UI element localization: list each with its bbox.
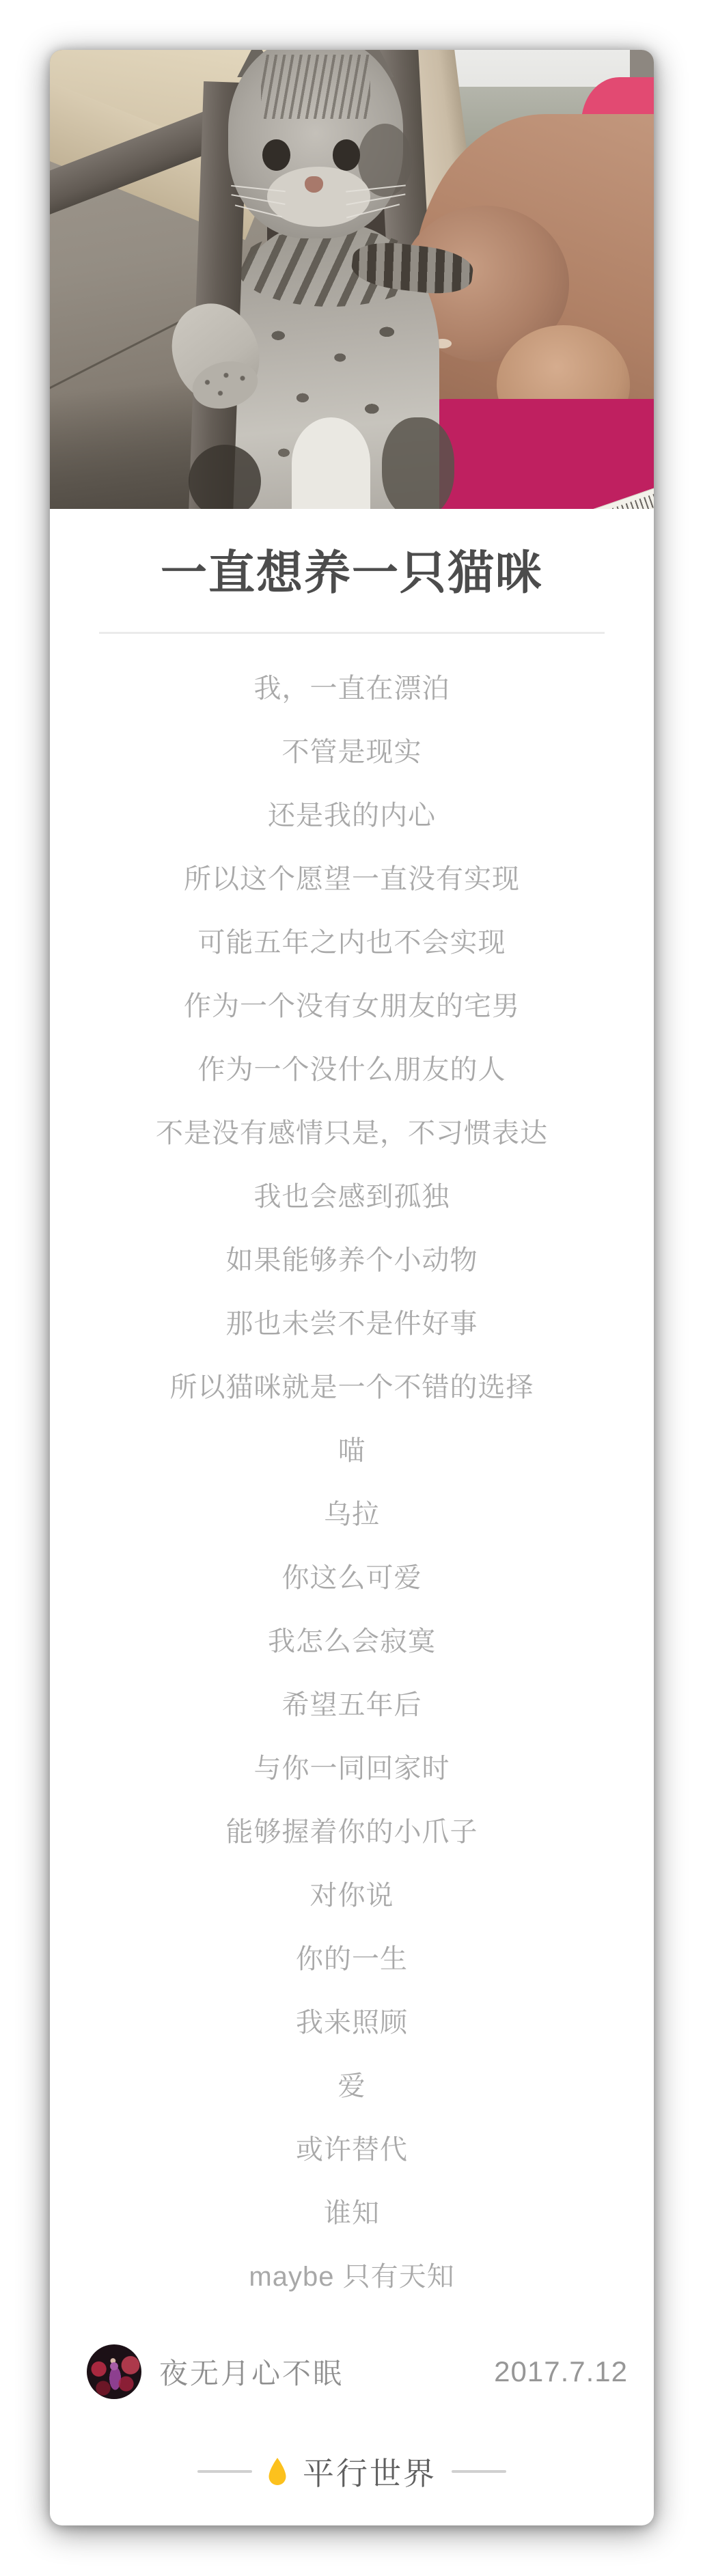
poem-line: 如果能够养个小动物 (50, 1229, 654, 1292)
poem-line: 或许替代 (50, 2118, 654, 2182)
poem-line: 对你说 (50, 1864, 654, 1928)
poem-line: 我，一直在漂泊 (50, 657, 654, 721)
poem-line: 我也会感到孤独 (50, 1165, 654, 1229)
cat-forehead-stripes (261, 55, 370, 119)
brand-footer: 平行世界 (50, 2455, 654, 2488)
poem-line: 我来照顾 (50, 1991, 654, 2055)
water-drop-icon (267, 2457, 288, 2486)
cat-eye-right (333, 139, 361, 171)
price-sticker (575, 484, 654, 509)
poem-line: 你的一生 (50, 1928, 654, 1991)
cat-muzzle (267, 167, 370, 226)
poem-line: 作为一个没有女朋友的宅男 (50, 975, 654, 1038)
brand-dash-right (452, 2470, 506, 2473)
author-name[interactable]: 夜无月心不眠 (159, 2351, 344, 2392)
post-title: 一直想养一只猫咪 (50, 549, 654, 598)
poem-line: 乌拉 (50, 1483, 654, 1547)
poem-line: 爱 (50, 2055, 654, 2118)
poem-line: 那也未尝不是件好事 (50, 1292, 654, 1356)
poem-line: 可能五年之内也不会实现 (50, 911, 654, 975)
poem-line: 喵 (50, 1419, 654, 1483)
poem-line: 还是我的内心 (50, 784, 654, 848)
poem-line: 谁知 (50, 2182, 654, 2245)
cat-photo (50, 50, 654, 509)
poem-line: 不管是现实 (50, 721, 654, 784)
poem-line: 作为一个没什么朋友的人 (50, 1038, 654, 1102)
author-avatar[interactable] (87, 2344, 141, 2399)
author-row: 夜无月心不眠 2017.7.12 (87, 2344, 628, 2399)
barcode (585, 492, 654, 509)
cat-hind-leg (382, 417, 454, 509)
post-card: 一直想养一只猫咪 我，一直在漂泊不管是现实还是我的内心所以这个愿望一直没有实现可… (50, 50, 654, 2525)
poem-line: maybe 只有天知 (50, 2245, 654, 2309)
poem-line: 能够握着你的小爪子 (50, 1801, 654, 1864)
poem-line: 希望五年后 (50, 1674, 654, 1737)
poem: 我，一直在漂泊不管是现实还是我的内心所以这个愿望一直没有实现可能五年之内也不会实… (50, 634, 654, 2309)
poem-line: 与你一同回家时 (50, 1737, 654, 1801)
cat-chest-patch (292, 417, 370, 509)
cat-nose (305, 176, 323, 193)
poem-line: 不是没有感情只是，不习惯表达 (50, 1102, 654, 1165)
brand-name: 平行世界 (303, 2449, 437, 2494)
post-date: 2017.7.12 (494, 2355, 628, 2388)
poem-line: 所以这个愿望一直没有实现 (50, 848, 654, 911)
cat-eye-left (262, 139, 290, 171)
poem-line: 所以猫咪就是一个不错的选择 (50, 1356, 654, 1419)
poem-line: 你这么可爱 (50, 1547, 654, 1610)
page: { "card": { "title": "一直想养一只猫咪", "poem_l… (0, 0, 703, 2576)
brand-dash-left (197, 2470, 252, 2473)
poem-line: 我怎么会寂寞 (50, 1610, 654, 1674)
